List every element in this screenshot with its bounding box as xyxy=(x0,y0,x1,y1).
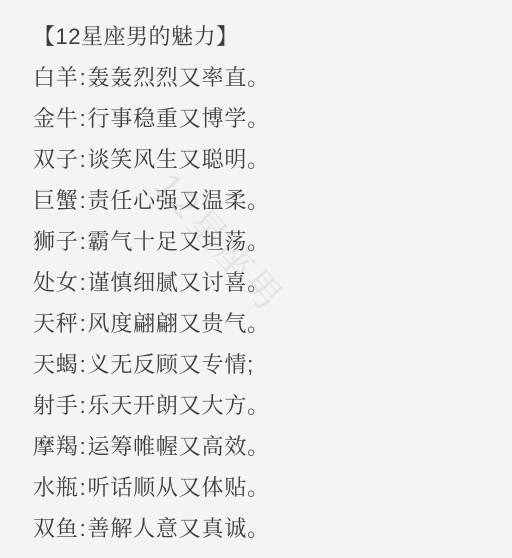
colon-separator: : xyxy=(79,434,88,459)
zodiac-trait: 轰轰烈烈又率直。 xyxy=(88,65,270,90)
zodiac-sign: 天秤 xyxy=(33,311,79,336)
list-item-leo: 狮子:霸气十足又坦荡。 xyxy=(33,221,512,262)
list-item-taurus: 金牛:行事稳重又博学。 xyxy=(33,98,512,139)
zodiac-sign: 白羊 xyxy=(33,65,79,90)
colon-separator: : xyxy=(79,311,88,336)
list-item-aquarius: 水瓶:听话顺从又体贴。 xyxy=(33,467,512,508)
list-item-capricorn: 摩羯:运筹帷幄又高效。 xyxy=(33,426,512,467)
zodiac-sign: 金牛 xyxy=(33,106,79,131)
colon-separator: : xyxy=(79,188,88,213)
zodiac-trait: 乐天开朗又大方。 xyxy=(88,393,270,418)
list-item-gemini: 双子:谈笑风生又聪明。 xyxy=(33,139,512,180)
zodiac-trait: 谈笑风生又聪明。 xyxy=(88,147,270,172)
list-item-libra: 天秤:风度翩翩又贵气。 xyxy=(33,303,512,344)
zodiac-trait: 风度翩翩又贵气。 xyxy=(88,311,270,336)
text-image-card: 12星座男 【12星座男的魅力】 白羊:轰轰烈烈又率直。 金牛:行事稳重又博学。… xyxy=(0,0,512,558)
colon-separator: : xyxy=(79,516,88,541)
zodiac-trait: 义无反顾又专情; xyxy=(88,352,255,377)
zodiac-trait: 善解人意又真诚。 xyxy=(88,516,270,541)
colon-separator: : xyxy=(79,393,88,418)
colon-separator: : xyxy=(79,475,88,500)
zodiac-list: 白羊:轰轰烈烈又率直。 金牛:行事稳重又博学。 双子:谈笑风生又聪明。 巨蟹:责… xyxy=(33,57,512,549)
zodiac-sign: 天蝎 xyxy=(33,352,79,377)
colon-separator: : xyxy=(79,65,88,90)
colon-separator: : xyxy=(79,352,88,377)
list-item-virgo: 处女:谨慎细腻又讨喜。 xyxy=(33,262,512,303)
zodiac-trait: 责任心强又温柔。 xyxy=(88,188,270,213)
list-item-pisces: 双鱼:善解人意又真诚。 xyxy=(33,508,512,549)
zodiac-sign: 射手 xyxy=(33,393,79,418)
zodiac-trait: 运筹帷幄又高效。 xyxy=(88,434,270,459)
list-item-aries: 白羊:轰轰烈烈又率直。 xyxy=(33,57,512,98)
page-title: 【12星座男的魅力】 xyxy=(33,16,512,57)
list-item-cancer: 巨蟹:责任心强又温柔。 xyxy=(33,180,512,221)
zodiac-sign: 巨蟹 xyxy=(33,188,79,213)
colon-separator: : xyxy=(79,229,88,254)
zodiac-sign: 双子 xyxy=(33,147,79,172)
zodiac-sign: 处女 xyxy=(33,270,79,295)
list-item-sagittarius: 射手:乐天开朗又大方。 xyxy=(33,385,512,426)
zodiac-trait: 谨慎细腻又讨喜。 xyxy=(88,270,270,295)
zodiac-trait: 听话顺从又体贴。 xyxy=(88,475,270,500)
zodiac-sign: 双鱼 xyxy=(33,516,79,541)
zodiac-sign: 水瓶 xyxy=(33,475,79,500)
zodiac-trait: 行事稳重又博学。 xyxy=(88,106,270,131)
zodiac-sign: 狮子 xyxy=(33,229,79,254)
zodiac-trait: 霸气十足又坦荡。 xyxy=(88,229,270,254)
zodiac-sign: 摩羯 xyxy=(33,434,79,459)
list-item-scorpio: 天蝎:义无反顾又专情; xyxy=(33,344,512,385)
colon-separator: : xyxy=(79,106,88,131)
colon-separator: : xyxy=(79,147,88,172)
colon-separator: : xyxy=(79,270,88,295)
